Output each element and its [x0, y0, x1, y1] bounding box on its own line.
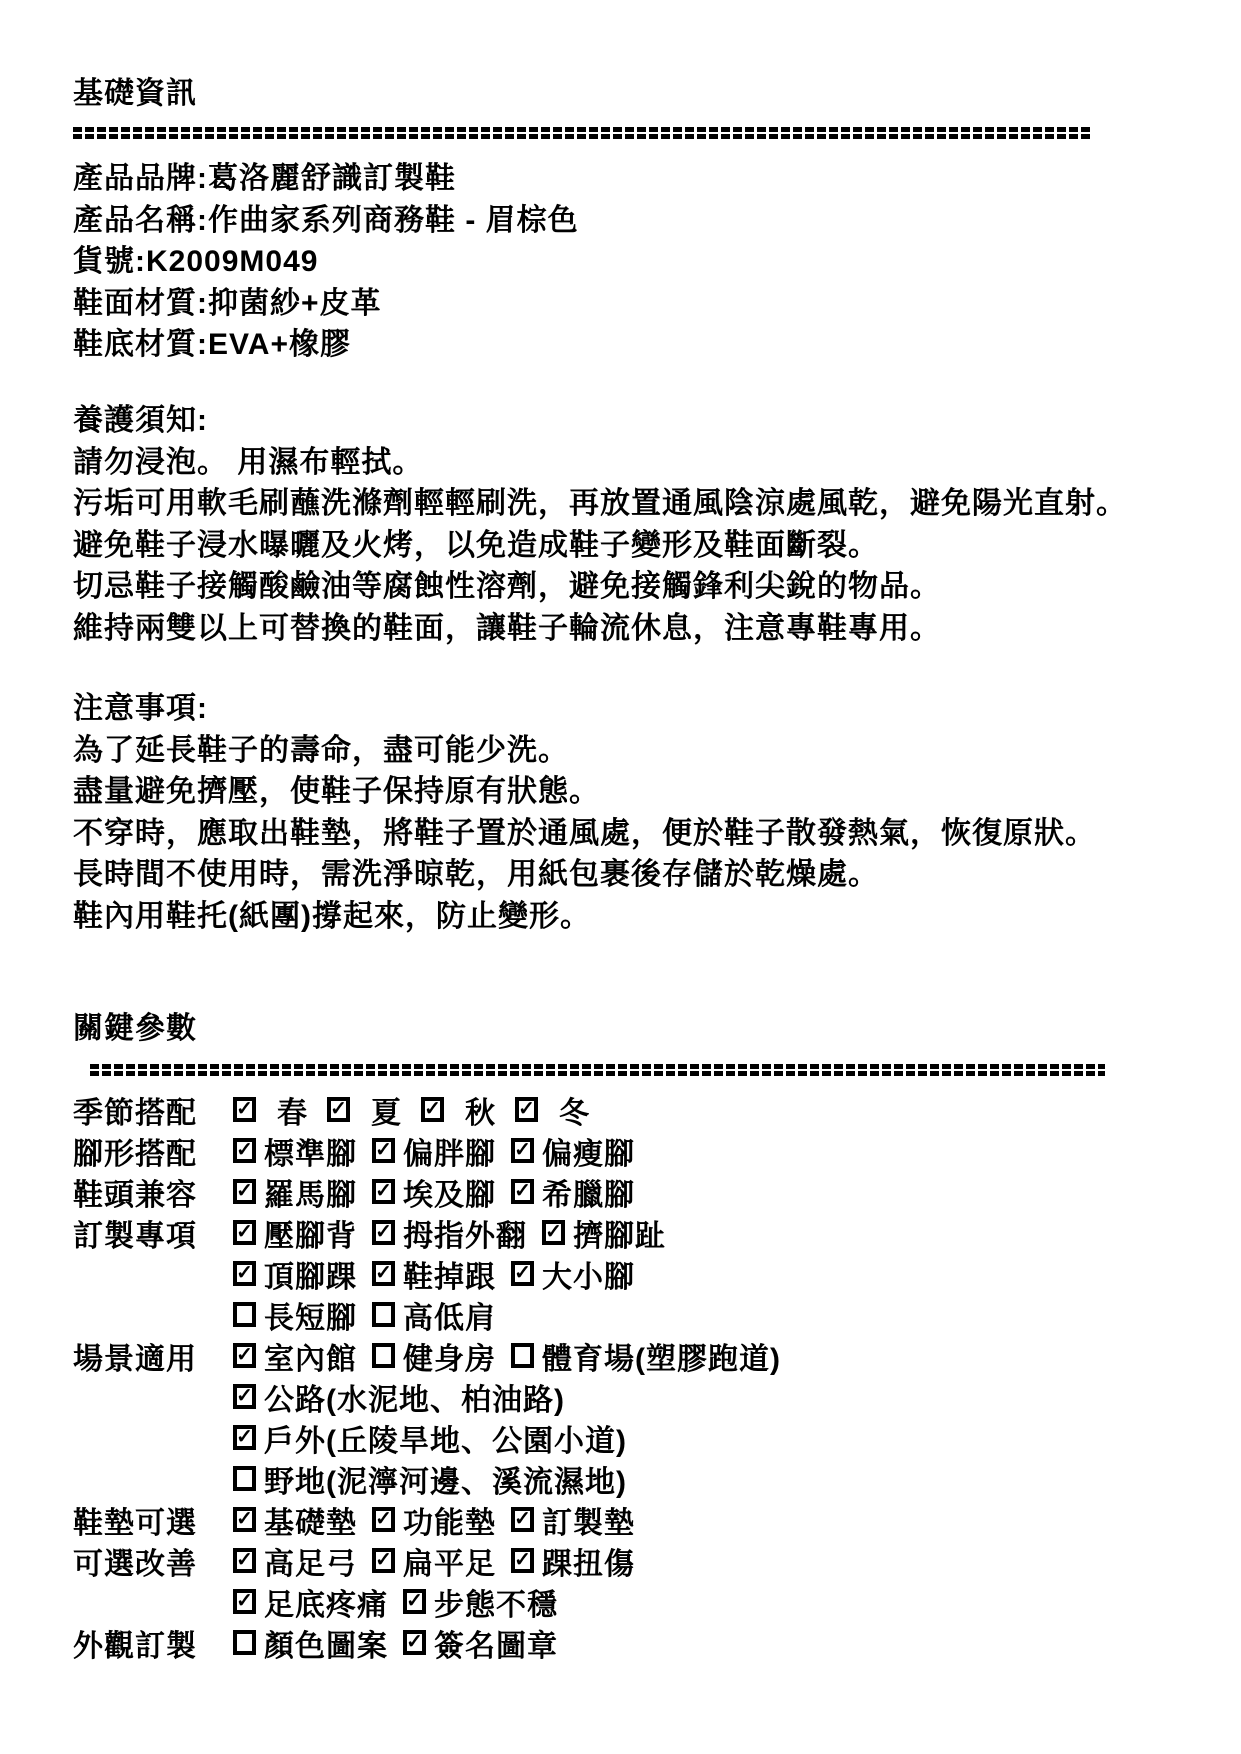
checkbox-checked-icon: ✓ [515, 1097, 538, 1122]
check-mark: ✓ [236, 1181, 253, 1201]
param-option-label: 簽名圖章 [434, 1621, 558, 1665]
field-value: 作曲家系列商務鞋 - 眉棕色 [208, 204, 579, 237]
param-option: 野地(泥濘河邊、溪流濕地) [233, 1457, 627, 1501]
check-mark: ✓ [330, 1099, 347, 1119]
checkbox-checked-icon: ✓ [511, 1138, 534, 1163]
check-mark: ✓ [406, 1632, 423, 1652]
param-option-label: 春 [277, 1088, 308, 1132]
param-option-label: 冬 [559, 1088, 590, 1132]
param-option-label: 大小腳 [542, 1252, 635, 1296]
param-option: ✓標準腳 [233, 1129, 357, 1173]
product-field: 產品品牌:葛洛麗舒識訂製鞋 [73, 158, 579, 200]
field-label: 產品名稱 [73, 204, 197, 237]
notes-heading: 注意事項: [73, 688, 1096, 730]
checkbox-checked-icon: ✓ [372, 1220, 395, 1245]
param-option: ✓大小腳 [511, 1252, 635, 1296]
param-options: ✓室內館健身房體育場(塑膠跑道) [233, 1334, 796, 1378]
checkbox-checked-icon: ✓ [511, 1548, 534, 1573]
check-mark: ✓ [236, 1427, 253, 1447]
check-mark: ✓ [236, 1099, 253, 1119]
param-row: ✓足底疼痛✓步態不穩 [73, 1581, 796, 1622]
param-option-label: 拇指外翻 [403, 1211, 527, 1255]
param-checklist: 季節搭配✓春✓夏✓秋✓冬腳形搭配✓標準腳✓偏胖腳✓偏瘦腳鞋頭兼容✓羅馬腳✓埃及腳… [73, 1089, 796, 1663]
checkbox-checked-icon: ✓ [233, 1507, 256, 1532]
param-row: 季節搭配✓春✓夏✓秋✓冬 [73, 1089, 796, 1130]
param-option: ✓室內館 [233, 1334, 357, 1378]
param-option: ✓春 [233, 1088, 308, 1132]
param-option: ✓頂腳踝 [233, 1252, 357, 1296]
param-options: ✓頂腳踝✓鞋掉跟✓大小腳 [233, 1252, 650, 1296]
param-row: 訂製專項✓壓腳背✓拇指外翻✓擠腳趾 [73, 1212, 796, 1253]
separator-line-basic-info: ========================================… [73, 127, 1092, 139]
checkbox-checked-icon: ✓ [233, 1589, 256, 1614]
param-row: 野地(泥濘河邊、溪流濕地) [73, 1458, 796, 1499]
param-row: 腳形搭配✓標準腳✓偏胖腳✓偏瘦腳 [73, 1130, 796, 1171]
checkbox-unchecked-icon [233, 1466, 256, 1491]
param-row-label: 鞋墊可選 [73, 1498, 233, 1542]
param-option-label: 健身房 [403, 1334, 496, 1378]
checkbox-checked-icon: ✓ [233, 1097, 256, 1122]
param-row: ✓戶外(丘陵旱地、公園小道) [73, 1417, 796, 1458]
param-option: ✓拇指外翻 [372, 1211, 527, 1255]
field-value: K2009M049 [146, 245, 318, 278]
param-row-label: 訂製專項 [73, 1211, 233, 1255]
param-option-label: 功能墊 [403, 1498, 496, 1542]
care-line: 避免鞋子浸水曝曬及火烤，以免造成鞋子變形及鞋面斷裂。 [73, 525, 1127, 567]
param-option-label: 鞋掉跟 [403, 1252, 496, 1296]
param-option-label: 訂製墊 [542, 1498, 635, 1542]
param-option-label: 羅馬腳 [264, 1170, 357, 1214]
field-colon: : [197, 287, 208, 320]
param-option-label: 野地(泥濘河邊、溪流濕地) [264, 1457, 627, 1501]
param-option-label: 偏瘦腳 [542, 1129, 635, 1173]
param-option-label: 希臘腳 [542, 1170, 635, 1214]
check-mark: ✓ [236, 1345, 253, 1365]
param-option: ✓公路(水泥地、柏油路) [233, 1375, 565, 1419]
param-options: ✓基礎墊✓功能墊✓訂製墊 [233, 1498, 650, 1542]
notes-line: 盡量避免擠壓，使鞋子保持原有狀態。 [73, 771, 1096, 813]
param-option: 體育場(塑膠跑道) [511, 1334, 781, 1378]
param-row-label: 季節搭配 [73, 1088, 233, 1132]
param-option-label: 標準腳 [264, 1129, 357, 1173]
checkbox-checked-icon: ✓ [233, 1384, 256, 1409]
param-row-label: 腳形搭配 [73, 1129, 233, 1173]
field-colon: : [197, 204, 208, 237]
param-option: ✓偏瘦腳 [511, 1129, 635, 1173]
param-option-label: 埃及腳 [403, 1170, 496, 1214]
checkbox-unchecked-icon [511, 1343, 534, 1368]
param-row: 場景適用✓室內館健身房體育場(塑膠跑道) [73, 1335, 796, 1376]
param-options: ✓高足弓✓扁平足✓踝扭傷 [233, 1539, 650, 1583]
param-row: ✓公路(水泥地、柏油路) [73, 1376, 796, 1417]
product-info-list: 產品品牌:葛洛麗舒識訂製鞋產品名稱:作曲家系列商務鞋 - 眉棕色貨號:K2009… [73, 158, 579, 366]
param-option: ✓基礎墊 [233, 1498, 357, 1542]
checkbox-unchecked-icon [233, 1630, 256, 1655]
check-mark: ✓ [375, 1140, 392, 1160]
checkbox-checked-icon: ✓ [511, 1507, 534, 1532]
param-option: ✓埃及腳 [372, 1170, 496, 1214]
checkbox-checked-icon: ✓ [372, 1138, 395, 1163]
checkbox-checked-icon: ✓ [233, 1548, 256, 1573]
field-colon: : [197, 162, 208, 195]
checkbox-checked-icon: ✓ [233, 1138, 256, 1163]
param-option-label: 步態不穩 [434, 1580, 558, 1624]
param-option: ✓夏 [327, 1088, 402, 1132]
param-option: ✓羅馬腳 [233, 1170, 357, 1214]
param-option-label: 扁平足 [403, 1539, 496, 1583]
param-option-label: 高足弓 [264, 1539, 357, 1583]
param-option: ✓鞋掉跟 [372, 1252, 496, 1296]
param-row-label: 可選改善 [73, 1539, 233, 1583]
param-options: 顏色圖案✓簽名圖章 [233, 1621, 573, 1665]
param-option: ✓戶外(丘陵旱地、公園小道) [233, 1416, 627, 1460]
param-option-label: 壓腳背 [264, 1211, 357, 1255]
check-mark: ✓ [375, 1263, 392, 1283]
care-line: 污垢可用軟毛刷蘸洗滌劑輕輕刷洗，再放置通風陰涼處風乾，避免陽光直射。 [73, 483, 1127, 525]
param-option-label: 顏色圖案 [264, 1621, 388, 1665]
check-mark: ✓ [514, 1140, 531, 1160]
param-option-label: 秋 [465, 1088, 496, 1132]
check-mark: ✓ [236, 1550, 253, 1570]
field-colon: : [135, 245, 146, 278]
field-label: 貨號 [73, 245, 135, 278]
checkbox-checked-icon: ✓ [511, 1179, 534, 1204]
param-option: ✓希臘腳 [511, 1170, 635, 1214]
param-options: ✓羅馬腳✓埃及腳✓希臘腳 [233, 1170, 650, 1214]
param-option-label: 足底疼痛 [264, 1580, 388, 1624]
param-row: 鞋頭兼容✓羅馬腳✓埃及腳✓希臘腳 [73, 1171, 796, 1212]
check-mark: ✓ [514, 1263, 531, 1283]
care-line: 維持兩雙以上可替換的鞋面，讓鞋子輪流休息，注意專鞋專用。 [73, 608, 1127, 650]
check-mark: ✓ [236, 1140, 253, 1160]
check-mark: ✓ [406, 1591, 423, 1611]
product-field: 產品名稱:作曲家系列商務鞋 - 眉棕色 [73, 200, 579, 242]
checkbox-unchecked-icon [372, 1302, 395, 1327]
notes-line: 不穿時，應取出鞋墊，將鞋子置於通風處，便於鞋子散發熱氣，恢復原狀。 [73, 813, 1096, 855]
care-line: 請勿浸泡。 用濕布輕拭。 [73, 442, 1127, 484]
param-row-label: 場景適用 [73, 1334, 233, 1378]
checkbox-checked-icon: ✓ [233, 1425, 256, 1450]
param-option: 長短腳 [233, 1293, 357, 1337]
checkbox-checked-icon: ✓ [327, 1097, 350, 1122]
param-option: ✓足底疼痛 [233, 1580, 388, 1624]
separator-line-key-params: ========================================… [90, 1064, 1105, 1076]
care-line: 切忌鞋子接觸酸鹼油等腐蝕性溶劑，避免接觸鋒利尖銳的物品。 [73, 566, 1127, 608]
checkbox-unchecked-icon [372, 1343, 395, 1368]
param-options: ✓戶外(丘陵旱地、公園小道) [233, 1416, 642, 1460]
notes-line: 為了延長鞋子的壽命，盡可能少洗。 [73, 730, 1096, 772]
param-option: ✓步態不穩 [403, 1580, 558, 1624]
param-option: ✓功能墊 [372, 1498, 496, 1542]
check-mark: ✓ [236, 1263, 253, 1283]
product-field: 鞋底材質:EVA+橡膠 [73, 324, 579, 366]
param-option-label: 高低肩 [403, 1293, 496, 1337]
field-label: 鞋面材質 [73, 287, 197, 320]
check-mark: ✓ [375, 1509, 392, 1529]
check-mark: ✓ [424, 1099, 441, 1119]
param-options: ✓壓腳背✓拇指外翻✓擠腳趾 [233, 1211, 681, 1255]
field-label: 鞋底材質 [73, 328, 197, 361]
param-option: ✓偏胖腳 [372, 1129, 496, 1173]
checkbox-checked-icon: ✓ [233, 1261, 256, 1286]
checkbox-checked-icon: ✓ [403, 1630, 426, 1655]
param-option: 高低肩 [372, 1293, 496, 1337]
param-row: 鞋墊可選✓基礎墊✓功能墊✓訂製墊 [73, 1499, 796, 1540]
checkbox-unchecked-icon [233, 1302, 256, 1327]
param-option: ✓簽名圖章 [403, 1621, 558, 1665]
check-mark: ✓ [375, 1222, 392, 1242]
param-option-label: 戶外(丘陵旱地、公園小道) [264, 1416, 627, 1460]
product-field: 鞋面材質:抑菌紗+皮革 [73, 283, 579, 325]
checkbox-checked-icon: ✓ [511, 1261, 534, 1286]
checkbox-checked-icon: ✓ [372, 1548, 395, 1573]
check-mark: ✓ [236, 1386, 253, 1406]
checkbox-checked-icon: ✓ [372, 1179, 395, 1204]
param-option: ✓壓腳背 [233, 1211, 357, 1255]
check-mark: ✓ [236, 1591, 253, 1611]
check-mark: ✓ [514, 1509, 531, 1529]
param-option-label: 體育場(塑膠跑道) [542, 1334, 781, 1378]
check-mark: ✓ [375, 1550, 392, 1570]
param-row: 外觀訂製顏色圖案✓簽名圖章 [73, 1622, 796, 1663]
param-option-label: 基礎墊 [264, 1498, 357, 1542]
document-page: 基礎資訊 ===================================… [0, 0, 1241, 1754]
param-option: ✓扁平足 [372, 1539, 496, 1583]
checkbox-checked-icon: ✓ [542, 1220, 565, 1245]
param-option: 顏色圖案 [233, 1621, 388, 1665]
check-mark: ✓ [514, 1181, 531, 1201]
param-option: ✓擠腳趾 [542, 1211, 666, 1255]
field-value: 抑菌紗+皮革 [208, 287, 382, 320]
care-heading: 養護須知: [73, 400, 1127, 442]
param-option-label: 偏胖腳 [403, 1129, 496, 1173]
check-mark: ✓ [545, 1222, 562, 1242]
param-row-label: 鞋頭兼容 [73, 1170, 233, 1214]
section-heading-basic-info: 基礎資訊 [73, 78, 197, 110]
param-option: ✓冬 [515, 1088, 590, 1132]
param-row: 長短腳高低肩 [73, 1294, 796, 1335]
check-mark: ✓ [514, 1550, 531, 1570]
param-option-label: 踝扭傷 [542, 1539, 635, 1583]
param-options: 長短腳高低肩 [233, 1293, 511, 1337]
param-options: 野地(泥濘河邊、溪流濕地) [233, 1457, 642, 1501]
param-option: ✓訂製墊 [511, 1498, 635, 1542]
care-instructions-section: 養護須知:請勿浸泡。 用濕布輕拭。污垢可用軟毛刷蘸洗滌劑輕輕刷洗，再放置通風陰涼… [73, 400, 1127, 649]
param-option-label: 頂腳踝 [264, 1252, 357, 1296]
notes-section: 注意事項:為了延長鞋子的壽命，盡可能少洗。盡量避免擠壓，使鞋子保持原有狀態。不穿… [73, 688, 1096, 937]
field-value: EVA+橡膠 [208, 328, 351, 361]
param-option-label: 夏 [371, 1088, 402, 1132]
notes-line: 長時間不使用時，需洗淨晾乾，用紙包裹後存儲於乾燥處。 [73, 854, 1096, 896]
field-colon: : [197, 328, 208, 361]
param-option-label: 室內館 [264, 1334, 357, 1378]
param-options: ✓標準腳✓偏胖腳✓偏瘦腳 [233, 1129, 650, 1173]
checkbox-checked-icon: ✓ [372, 1261, 395, 1286]
notes-line: 鞋內用鞋托(紙團)撐起來，防止變形。 [73, 896, 1096, 938]
product-field: 貨號:K2009M049 [73, 241, 579, 283]
section-heading-key-params: 關鍵參數 [73, 1013, 197, 1045]
param-option-label: 擠腳趾 [573, 1211, 666, 1255]
checkbox-checked-icon: ✓ [372, 1507, 395, 1532]
param-option-label: 公路(水泥地、柏油路) [264, 1375, 565, 1419]
param-option: 健身房 [372, 1334, 496, 1378]
checkbox-checked-icon: ✓ [403, 1589, 426, 1614]
param-option: ✓踝扭傷 [511, 1539, 635, 1583]
param-row-label: 外觀訂製 [73, 1621, 233, 1665]
param-options: ✓公路(水泥地、柏油路) [233, 1375, 580, 1419]
check-mark: ✓ [236, 1222, 253, 1242]
param-option: ✓秋 [421, 1088, 496, 1132]
checkbox-checked-icon: ✓ [233, 1179, 256, 1204]
check-mark: ✓ [518, 1099, 535, 1119]
checkbox-checked-icon: ✓ [233, 1220, 256, 1245]
param-options: ✓足底疼痛✓步態不穩 [233, 1580, 573, 1624]
param-options: ✓春✓夏✓秋✓冬 [233, 1088, 609, 1132]
param-row: 可選改善✓高足弓✓扁平足✓踝扭傷 [73, 1540, 796, 1581]
param-option: ✓高足弓 [233, 1539, 357, 1583]
checkbox-checked-icon: ✓ [233, 1343, 256, 1368]
check-mark: ✓ [375, 1181, 392, 1201]
param-option-label: 長短腳 [264, 1293, 357, 1337]
check-mark: ✓ [236, 1509, 253, 1529]
field-value: 葛洛麗舒識訂製鞋 [208, 162, 456, 195]
checkbox-checked-icon: ✓ [421, 1097, 444, 1122]
field-label: 產品品牌 [73, 162, 197, 195]
param-row: ✓頂腳踝✓鞋掉跟✓大小腳 [73, 1253, 796, 1294]
